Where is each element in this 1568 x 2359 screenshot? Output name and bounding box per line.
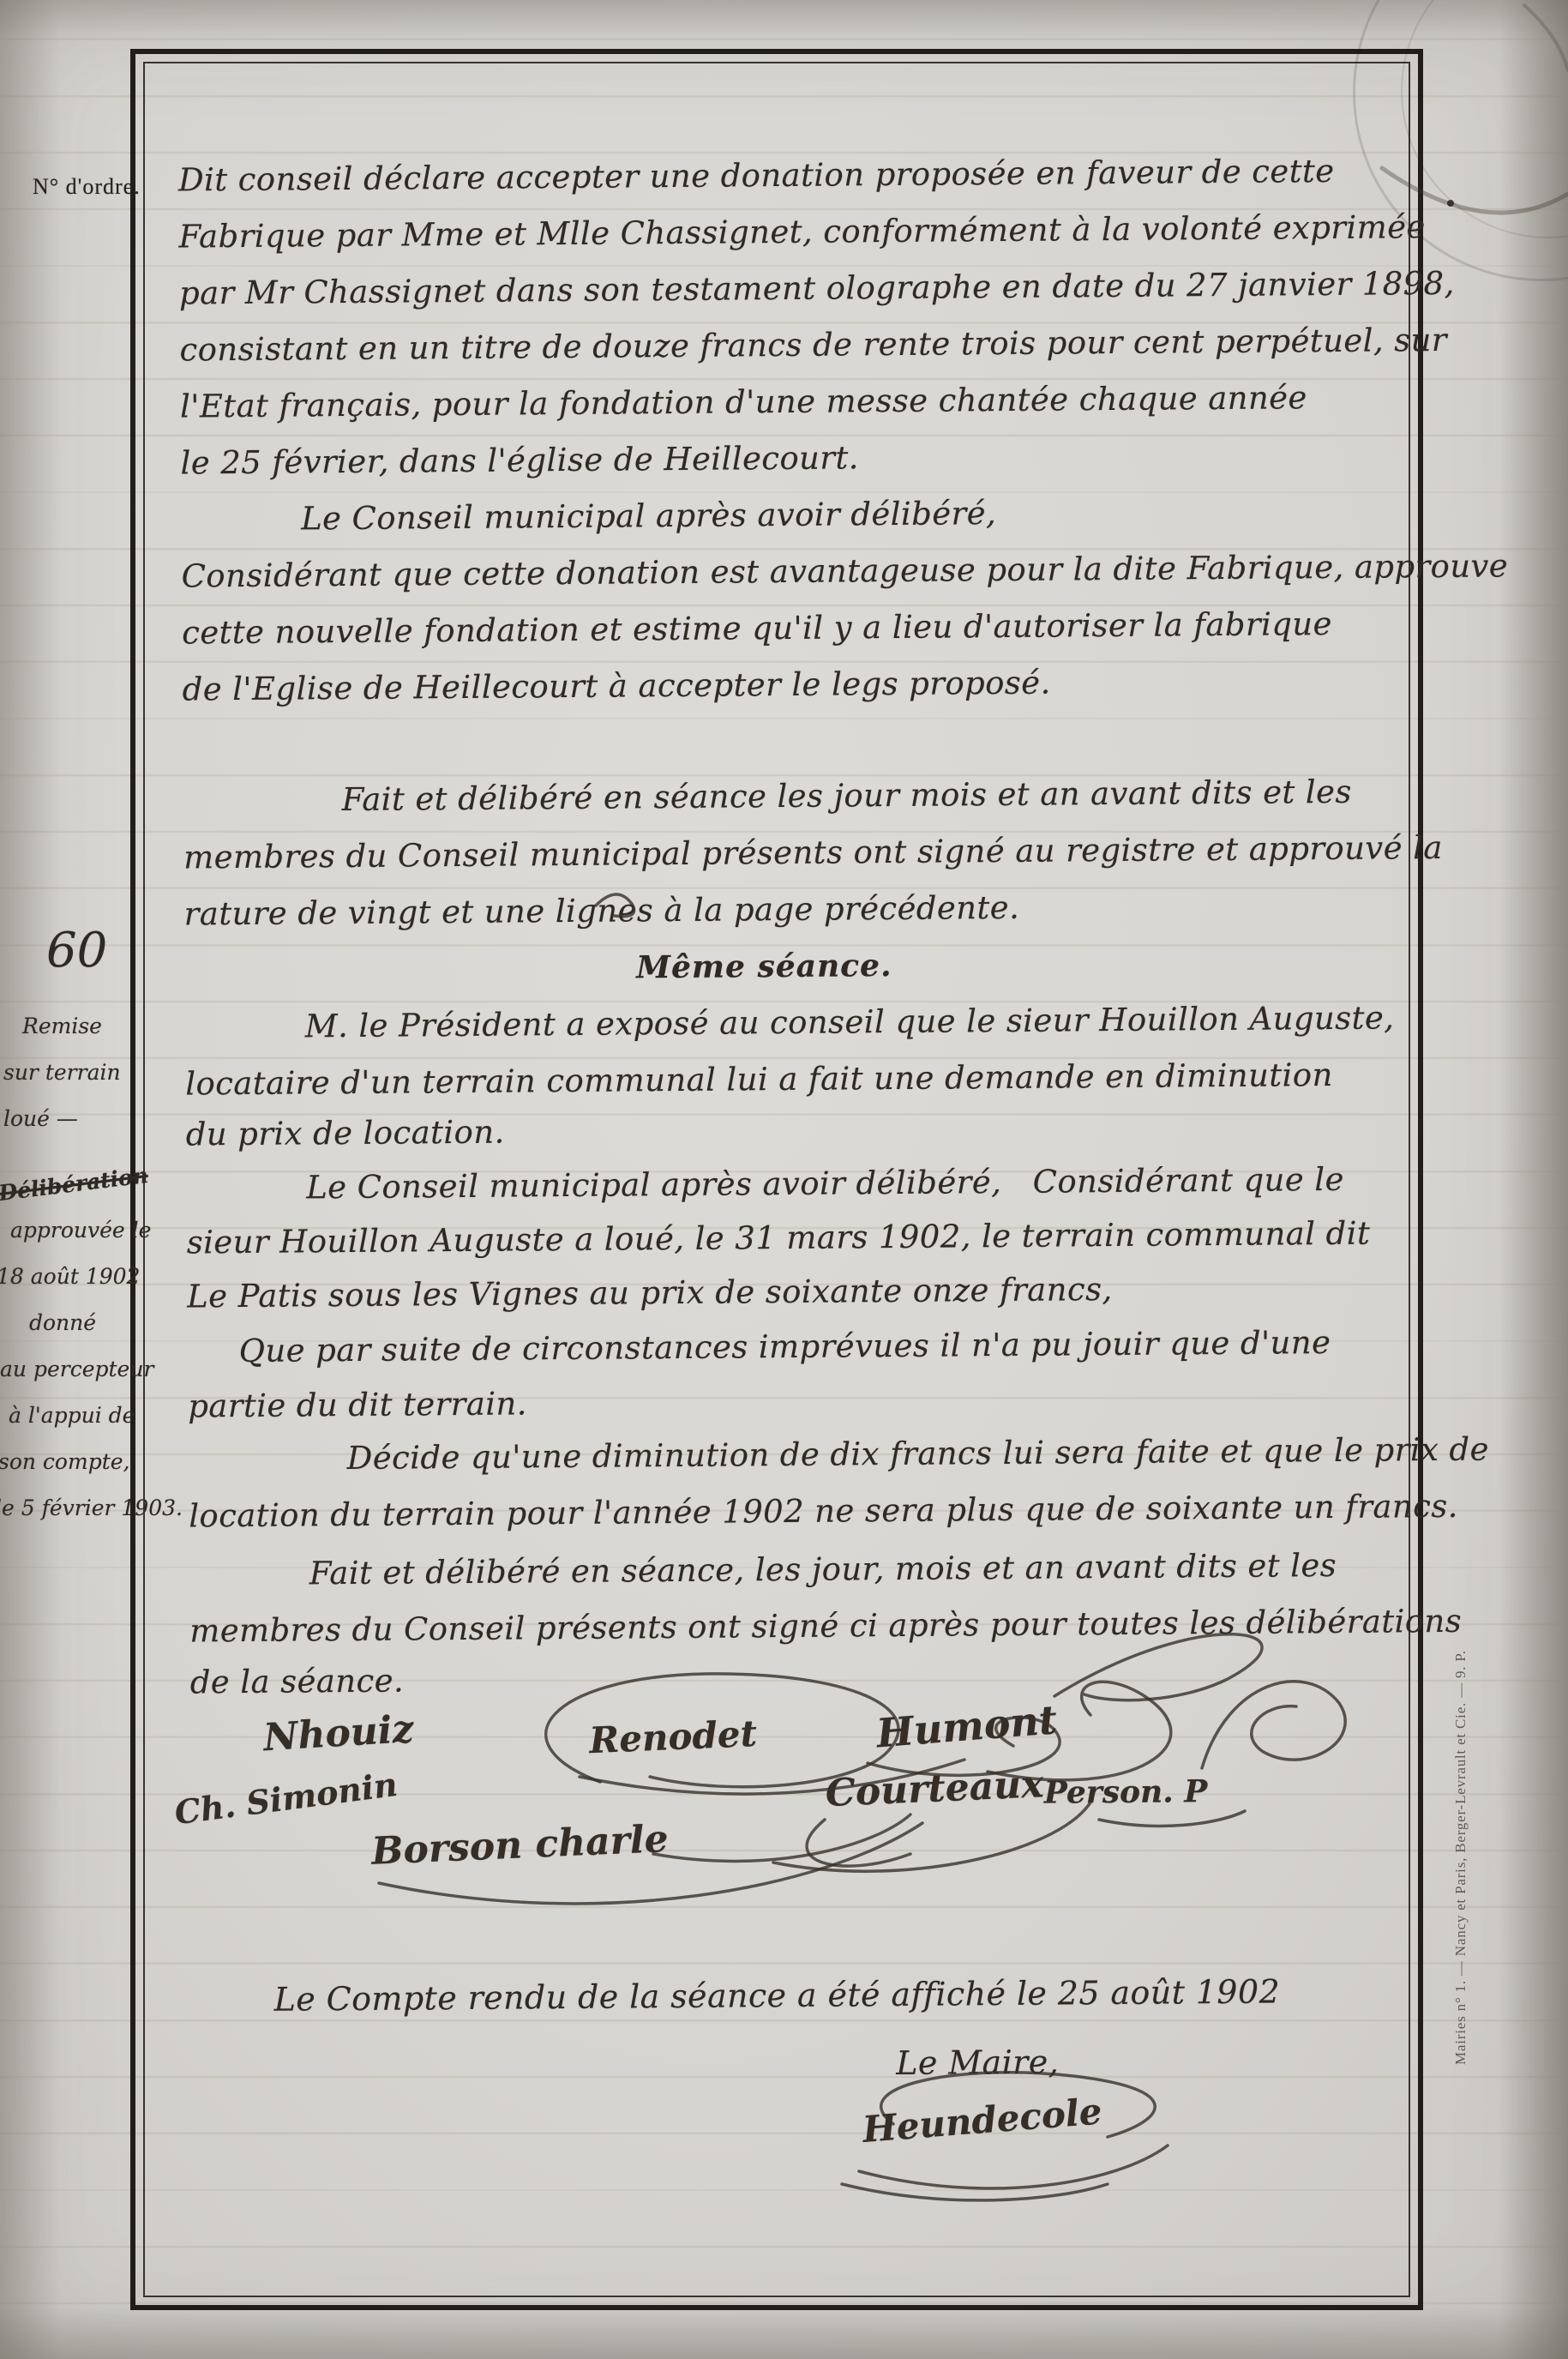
councilor-signature: Nhouiz: [262, 1707, 415, 1760]
scanned-register-page: N° d'ordre. 60 Remise sur terrain loué —…: [0, 0, 1568, 2359]
text-line: le 25 février, dans l'église de Heilleco…: [180, 442, 859, 478]
text-line: M. le Président a exposé au conseil que …: [185, 1002, 1395, 1043]
councilor-signature: Courteaux: [825, 1762, 1045, 1815]
councilor-signature: Person. P: [1044, 1773, 1208, 1810]
text-line: rature de vingt et une lignes à la page …: [184, 892, 1020, 930]
section-heading: Même séance.: [636, 948, 892, 985]
text-line: de la séance.: [190, 1665, 405, 1699]
text-line: par Mr Chassignet dans son testament olo…: [179, 268, 1455, 310]
text-line: membres du Conseil présents ont signé ci…: [189, 1605, 1462, 1647]
text-line: sieur Houillon Auguste a loué, le 31 mar…: [187, 1218, 1371, 1259]
text-line: cette nouvelle fondation et estime qu'il…: [182, 608, 1332, 649]
text-line: locataire d'un terrain communal lui a fa…: [185, 1059, 1333, 1100]
text-line: Décide qu'une diminution de dix francs l…: [189, 1434, 1489, 1476]
posting-note-line: Le Compte rendu de la séance a été affic…: [274, 1975, 1281, 2015]
text-line: Considérant que cette donation est avant…: [181, 550, 1508, 592]
text-line: Fait et délibéré en séance les jour mois…: [183, 776, 1352, 817]
text-line: du prix de location.: [186, 1116, 505, 1151]
maire-signature: Heundecole: [861, 2090, 1103, 2151]
text-line: de l'Eglise de Heillecourt à accepter le…: [183, 667, 1051, 706]
text-line: membres du Conseil municipal présents on…: [183, 832, 1443, 874]
councilor-signature: Ch. Simonin: [172, 1765, 400, 1832]
deliberation-text: Dit conseil déclare accepter une donatio…: [0, 0, 1568, 2359]
text-line: Que par suite de circonstances imprévues…: [188, 1327, 1331, 1367]
text-line: location du terrain pour l'année 1902 ne…: [189, 1490, 1458, 1532]
text-line: l'Etat français, pour la fondation d'une…: [180, 382, 1307, 422]
text-line: consistant en un titre de douze francs d…: [179, 324, 1447, 366]
councilor-signature: Renodet: [588, 1712, 758, 1761]
text-line: Fabrique par Mme et Mlle Chassignet, con…: [178, 211, 1425, 252]
text-line: Le Conseil municipal après avoir délibér…: [181, 497, 996, 535]
text-line: partie du dit terrain.: [188, 1387, 527, 1422]
councilor-signature: Humont: [874, 1696, 1059, 1756]
text-line: Dit conseil déclare accepter une donatio…: [178, 155, 1335, 196]
maire-label: Le Maire,: [896, 2046, 1059, 2079]
text-line: Le Conseil municipal après avoir délibér…: [186, 1164, 1344, 1205]
text-line: Fait et délibéré en séance, les jour, mo…: [189, 1550, 1337, 1591]
councilor-signature: Borson charle: [370, 1817, 669, 1874]
printer-imprint: Mairies n° 1. — Nancy et Paris, Berger-L…: [1452, 1650, 1469, 2065]
text-line: Le Patis sous les Vignes au prix de soix…: [187, 1273, 1113, 1312]
